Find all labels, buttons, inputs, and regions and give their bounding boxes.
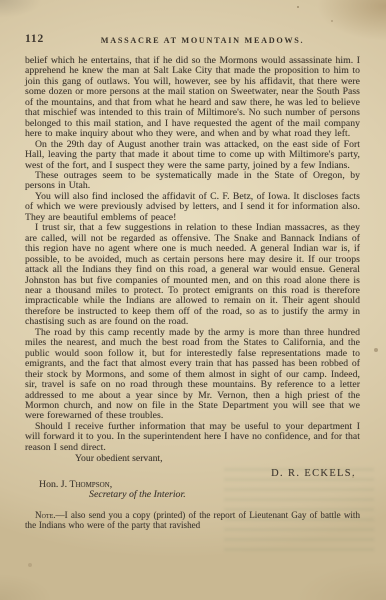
valediction: Your obedient servant, xyxy=(75,454,360,464)
paragraph: These outrages seem to be systematically… xyxy=(25,171,360,192)
addressee-prefix: Hon. J. xyxy=(39,479,69,490)
footnote-label: Note. xyxy=(35,510,56,520)
signature: D. R. ECKELS. xyxy=(25,468,360,479)
running-head: MASSACRE AT MOUNTAIN MEADOWS. xyxy=(101,36,305,45)
paper-specks xyxy=(297,6,299,8)
letter-body: belief which he entertains, that if he d… xyxy=(25,56,360,453)
footnote: Note.—I also send you a copy (printed) o… xyxy=(25,510,360,531)
paragraph: I trust sir, that a few suggestions in r… xyxy=(25,223,360,328)
paragraph: Should I receive further information tha… xyxy=(25,422,360,453)
addressee-line: Hon. J. Thompson, xyxy=(39,480,360,491)
addressee-title: Secretary of the Interior. xyxy=(89,490,360,501)
paragraph: The road by this camp recently made by t… xyxy=(25,328,360,422)
scanned-book-page: 112 MASSACRE AT MOUNTAIN MEADOWS. belief… xyxy=(0,0,386,600)
page-number: 112 xyxy=(25,33,44,45)
page-header: 112 MASSACRE AT MOUNTAIN MEADOWS. xyxy=(25,33,360,47)
footnote-text: —I also send you a copy (printed) of the… xyxy=(25,510,360,530)
paragraph: You will also find inclosed the affidavi… xyxy=(25,192,360,223)
paragraph: On the 29th day of August another train … xyxy=(25,140,360,171)
paragraph: belief which he entertains, that if he d… xyxy=(25,56,360,140)
